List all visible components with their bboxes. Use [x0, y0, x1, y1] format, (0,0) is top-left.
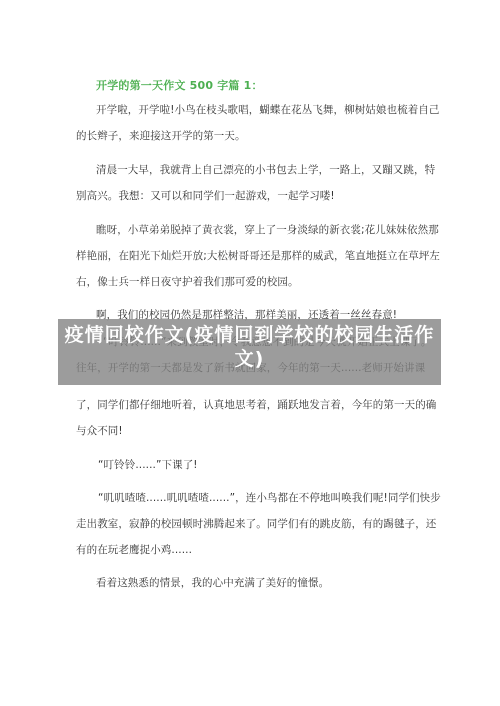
text-line: 别高兴。我想：又可以和同学们一起游戏，一起学习喽!	[76, 188, 335, 203]
text-line: 开学啦，开学啦!小鸟在枝头歌唱，蝴蝶在花丛飞舞，柳树姑娘也梳着自己	[96, 102, 440, 117]
text-line: 有的在玩老鹰捉小鸡......	[76, 542, 192, 557]
text-line: 清晨一大早，我就背上自己漂亮的小书包去上学，一路上，又蹦又跳，特	[96, 162, 435, 177]
text-line: 看着这熟悉的情景，我的心中充满了美好的憧憬。	[96, 575, 329, 590]
article-heading: 开学的第一天作文 500 字篇 1：	[96, 77, 263, 93]
text-line: 瞧呀，小草弟弟脱掉了黄衣裳，穿上了一身淡绿的新衣裳;花儿妹妹依然那	[96, 222, 439, 237]
text-line: 的长辫子，来迎接这开学的第一天。	[76, 128, 246, 143]
text-line: 右，像士兵一样日夜守护着我们那可爱的校园。	[76, 274, 299, 289]
text-line: 样艳丽，在阳光下灿烂开放;大松树哥哥还是那样的威武，笔直地挺立在草坪左	[76, 248, 440, 263]
text-line: 走出教室，寂静的校园顿时沸腾起来了。同学们有的跳皮筋，有的踢毽子，还	[76, 516, 436, 531]
text-line: 了，同学们都仔细地听着，认真地思考着，踊跃地发言着，今年的第一天的确	[76, 397, 436, 412]
text-line: “叮铃铃......”下课了!	[98, 457, 198, 472]
text-line: 与众不同!	[76, 423, 123, 438]
overlay-title: 疫情回校作文(疫情回到学校的校园生活作文)	[58, 323, 441, 371]
text-line: “叽叽喳喳......叽叽喳喳......”，连小鸟都在不停地叫唤我们呢!同学们…	[98, 490, 441, 505]
